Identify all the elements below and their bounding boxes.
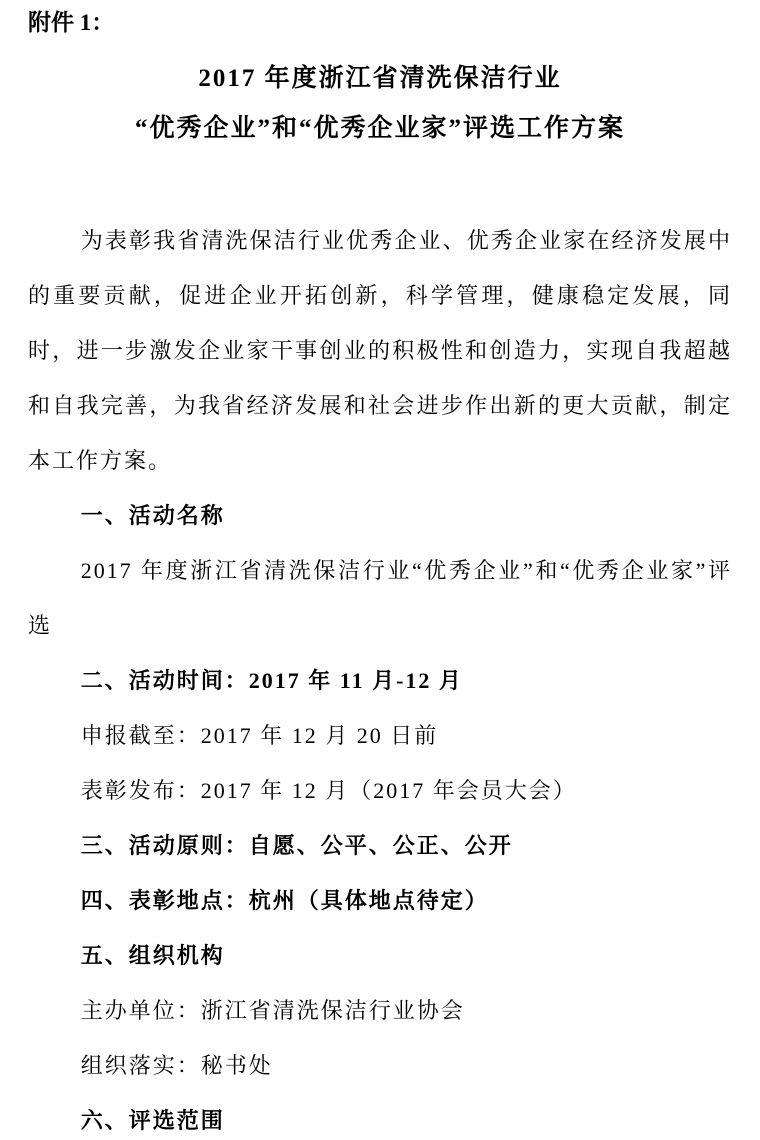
application-deadline-line: 申报截至：2017 年 12 月 20 日前 <box>28 708 732 763</box>
section-heading-commendation-location: 四、表彰地点：杭州（具体地点待定） <box>28 873 732 928</box>
document-body: 为表彰我省清洗保洁行业优秀企业、优秀企业家在经济发展中的重要贡献，促进企业开拓创… <box>28 213 732 1140</box>
section-heading-activity-name: 一、活动名称 <box>28 488 732 543</box>
document-title-line1: 2017 年度浙江省清洗保洁行业 <box>28 54 732 104</box>
announcement-date-line: 表彰发布：2017 年 12 月（2017 年会员大会） <box>28 763 732 818</box>
document-page: 附件 1： 2017 年度浙江省清洗保洁行业 “优秀企业”和“优秀企业家”评选工… <box>0 0 760 1140</box>
attachment-label: 附件 1： <box>28 0 732 40</box>
intro-paragraph: 为表彰我省清洗保洁行业优秀企业、优秀企业家在经济发展中的重要贡献，促进企业开拓创… <box>28 213 732 488</box>
section-heading-organization: 五、组织机构 <box>28 928 732 983</box>
implementation-line: 组织落实：秘书处 <box>28 1038 732 1093</box>
activity-name-text: 2017 年度浙江省清洗保洁行业“优秀企业”和“优秀企业家”评选 <box>28 543 732 653</box>
section-heading-activity-time: 二、活动时间：2017 年 11 月-12 月 <box>28 653 732 708</box>
document-title: 2017 年度浙江省清洗保洁行业 “优秀企业”和“优秀企业家”评选工作方案 <box>28 54 732 154</box>
document-title-line2: “优秀企业”和“优秀企业家”评选工作方案 <box>28 104 732 154</box>
section-heading-activity-principles: 三、活动原则：自愿、公平、公正、公开 <box>28 818 732 873</box>
section-heading-selection-scope: 六、评选范围 <box>28 1093 732 1140</box>
organizer-line: 主办单位：浙江省清洗保洁行业协会 <box>28 983 732 1038</box>
